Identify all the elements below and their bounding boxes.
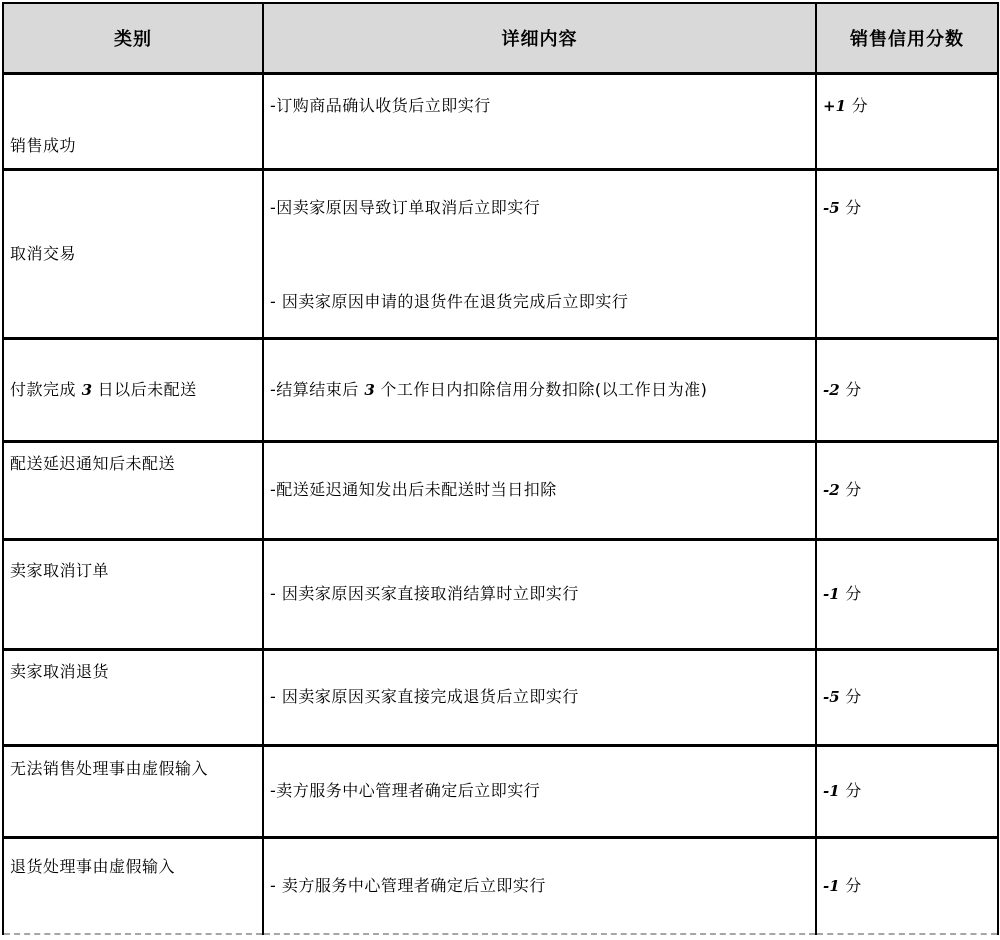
detail-cell: -因卖家原因导致订单取消后立即实行 - 因卖家原因申请的退货件在退货完成后立即实… <box>263 169 816 338</box>
detail-text: - 因卖家原因买家直接完成退货后立即实行 <box>270 687 809 707</box>
header-category: 类别 <box>3 3 263 73</box>
score-text: +1 分 <box>823 96 991 116</box>
detail-text: - 因卖家原因买家直接取消结算时立即实行 <box>270 584 809 604</box>
detail-text: -卖方服务中心管理者确定后立即实行 <box>270 781 809 801</box>
category-text: 付款完成 3 日以后未配送 <box>10 380 256 400</box>
score-cell: -5 分 <box>816 649 998 745</box>
table-row: 卖家取消订单 - 因卖家原因买家直接取消结算时立即实行 -1 分 <box>3 539 998 649</box>
category-text: 无法销售处理事由虚假输入 <box>10 759 256 779</box>
score-cell: -1 分 <box>816 837 998 934</box>
category-text: 配送延迟通知后未配送 <box>10 454 256 474</box>
table-row: 无法销售处理事由虚假输入 -卖方服务中心管理者确定后立即实行 -1 分 <box>3 745 998 837</box>
table-row: 销售成功 -订购商品确认收货后立即实行 +1 分 <box>3 73 998 169</box>
detail-text: -因卖家原因导致订单取消后立即实行 <box>270 198 809 218</box>
category-cell: 销售成功 <box>3 73 263 169</box>
detail-text: - 因卖家原因申请的退货件在退货完成后立即实行 <box>270 292 809 312</box>
table-header: 类别 详细内容 销售信用分数 <box>3 3 998 73</box>
score-cell: -5 分 <box>816 169 998 338</box>
score-text: -2 分 <box>823 380 991 400</box>
table-row: 取消交易 -因卖家原因导致订单取消后立即实行 - 因卖家原因申请的退货件在退货完… <box>3 169 998 338</box>
score-text: -5 分 <box>823 198 991 218</box>
category-cell: 付款完成 3 日以后未配送 <box>3 338 263 441</box>
score-cell: -2 分 <box>816 441 998 539</box>
detail-cell: -卖方服务中心管理者确定后立即实行 <box>263 745 816 837</box>
table-row: 付款完成 3 日以后未配送 -结算结束后 3 个工作日内扣除信用分数扣除(以工作… <box>3 338 998 441</box>
category-text: 销售成功 <box>10 136 256 156</box>
detail-text: -配送延迟通知发出后未配送时当日扣除 <box>270 480 809 500</box>
detail-cell: - 卖方服务中心管理者确定后立即实行 <box>263 837 816 934</box>
detail-text: - 卖方服务中心管理者确定后立即实行 <box>270 876 809 896</box>
table-row: 配送延迟通知后未配送 -配送延迟通知发出后未配送时当日扣除 -2 分 <box>3 441 998 539</box>
category-cell: 无法销售处理事由虚假输入 <box>3 745 263 837</box>
table-row: 退货处理事由虚假输入 - 卖方服务中心管理者确定后立即实行 -1 分 <box>3 837 998 934</box>
detail-cell: -订购商品确认收货后立即实行 <box>263 73 816 169</box>
category-cell: 退货处理事由虚假输入 <box>3 837 263 934</box>
category-cell: 卖家取消订单 <box>3 539 263 649</box>
category-cell: 取消交易 <box>3 169 263 338</box>
category-cell: 卖家取消退货 <box>3 649 263 745</box>
detail-cell: -配送延迟通知发出后未配送时当日扣除 <box>263 441 816 539</box>
category-text: 退货处理事由虚假输入 <box>10 857 256 877</box>
header-details: 详细内容 <box>263 3 816 73</box>
score-text: -1 分 <box>823 584 991 604</box>
detail-cell: - 因卖家原因买家直接完成退货后立即实行 <box>263 649 816 745</box>
score-text: -5 分 <box>823 687 991 707</box>
score-cell: -2 分 <box>816 338 998 441</box>
detail-text: -订购商品确认收货后立即实行 <box>270 96 809 116</box>
score-cell: -1 分 <box>816 745 998 837</box>
page: 类别 详细内容 销售信用分数 销售成功 -订购商品确认收货后立即实行 +1 分 … <box>0 0 1000 940</box>
score-text: -1 分 <box>823 876 991 896</box>
detail-text: -结算结束后 3 个工作日内扣除信用分数扣除(以工作日为准) <box>270 380 809 400</box>
score-cell: +1 分 <box>816 73 998 169</box>
credit-score-table: 类别 详细内容 销售信用分数 销售成功 -订购商品确认收货后立即实行 +1 分 … <box>2 2 999 935</box>
category-text: 卖家取消订单 <box>10 561 256 581</box>
category-cell: 配送延迟通知后未配送 <box>3 441 263 539</box>
score-text: -1 分 <box>823 781 991 801</box>
table-row: 卖家取消退货 - 因卖家原因买家直接完成退货后立即实行 -5 分 <box>3 649 998 745</box>
detail-cell: - 因卖家原因买家直接取消结算时立即实行 <box>263 539 816 649</box>
category-text: 卖家取消退货 <box>10 662 256 682</box>
category-text: 取消交易 <box>10 244 256 264</box>
header-row: 类别 详细内容 销售信用分数 <box>3 3 998 73</box>
score-text: -2 分 <box>823 480 991 500</box>
header-score: 销售信用分数 <box>816 3 998 73</box>
detail-cell: -结算结束后 3 个工作日内扣除信用分数扣除(以工作日为准) <box>263 338 816 441</box>
score-cell: -1 分 <box>816 539 998 649</box>
